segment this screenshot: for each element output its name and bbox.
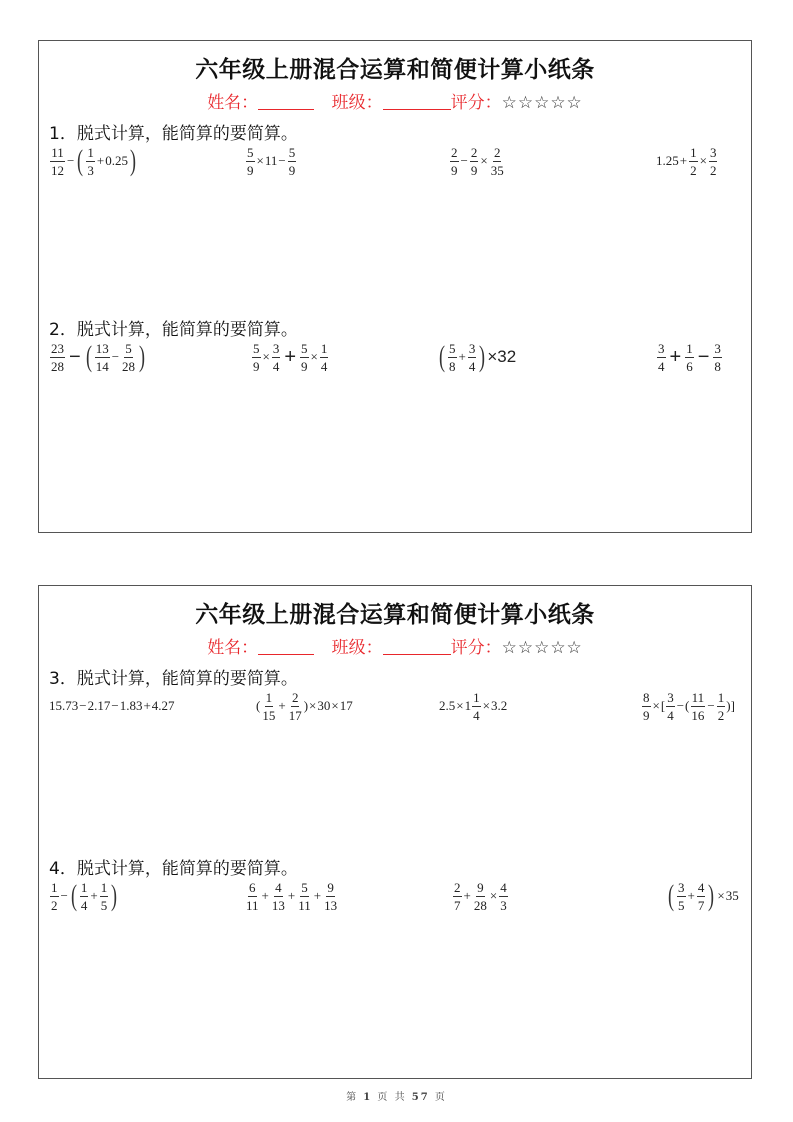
worksheet-title: 六年级上册混合运算和简便计算小纸条 (39, 51, 751, 84)
name-blank[interactable] (258, 93, 314, 110)
worksheet-strip-2: 六年级上册混合运算和简便计算小纸条 姓名： 班级：评分：☆☆☆☆☆ 3．脱式计算… (38, 585, 752, 1079)
problem-2-4: 34 + 16 − 38 (656, 337, 723, 377)
class-label: 班级： (332, 638, 383, 658)
page-footer: 第 1 页 共 57 页 (0, 1088, 793, 1103)
worksheet-strip-1: 六年级上册混合运算和简便计算小纸条 姓名： 班级：评分：☆☆☆☆☆ 1．脱式计算… (38, 40, 752, 533)
problem-1-1: 1112 − ( 13 +0.25 ) (49, 141, 138, 181)
problem-3-4: 89 ×[ 34 −( 1116 − 12 )] (641, 686, 735, 726)
problem-3-1: 15.73−2.17−1.83+4.27 (49, 686, 175, 726)
score-label: 评分： (451, 93, 502, 113)
problem-4-4: ( 35 + 47 ) ×35 (666, 876, 739, 916)
score-label: 评分： (451, 638, 502, 658)
star-rating-icon[interactable]: ☆☆☆☆☆ (502, 93, 583, 113)
current-page-number: 1 (363, 1092, 372, 1103)
problem-1-2: 59 ×11− 59 (245, 141, 297, 181)
class-label: 班级： (332, 93, 383, 113)
total-pages: 57 (412, 1092, 430, 1103)
class-blank[interactable] (383, 638, 451, 655)
problem-1-4: 1.25+ 12 × 32 (656, 141, 718, 181)
name-blank[interactable] (258, 638, 314, 655)
problem-2-3: ( 58 + 34 ) ×32 (437, 337, 516, 377)
fraction: 1112 (50, 146, 65, 177)
problem-3-2: ( 115 + 217 )×30×17 (256, 686, 353, 726)
problem-4-2: 611 + 413 + 511 + 913 (244, 876, 339, 916)
problem-2-1: 2328 − ( 1314 − 528 ) (49, 337, 147, 377)
student-info-line: 姓名： 班级：评分：☆☆☆☆☆ (39, 633, 751, 658)
problem-3-3: 2.5×1 14 ×3.2 (439, 686, 507, 726)
star-rating-icon[interactable]: ☆☆☆☆☆ (502, 638, 583, 658)
name-label: 姓名： (207, 638, 258, 658)
problem-4-3: 27 + 928 × 43 (452, 876, 509, 916)
problem-4-1: 12 − ( 14 + 15 ) (49, 876, 119, 916)
name-label: 姓名： (207, 93, 258, 113)
student-info-line: 姓名： 班级：评分：☆☆☆☆☆ (39, 88, 751, 113)
fraction: 13 (86, 146, 95, 177)
class-blank[interactable] (383, 93, 451, 110)
worksheet-title: 六年级上册混合运算和简便计算小纸条 (39, 596, 751, 629)
problem-2-2: 59 × 34 + 59 × 14 (251, 337, 329, 377)
problem-1-3: 29 − 29 × 235 (449, 141, 506, 181)
